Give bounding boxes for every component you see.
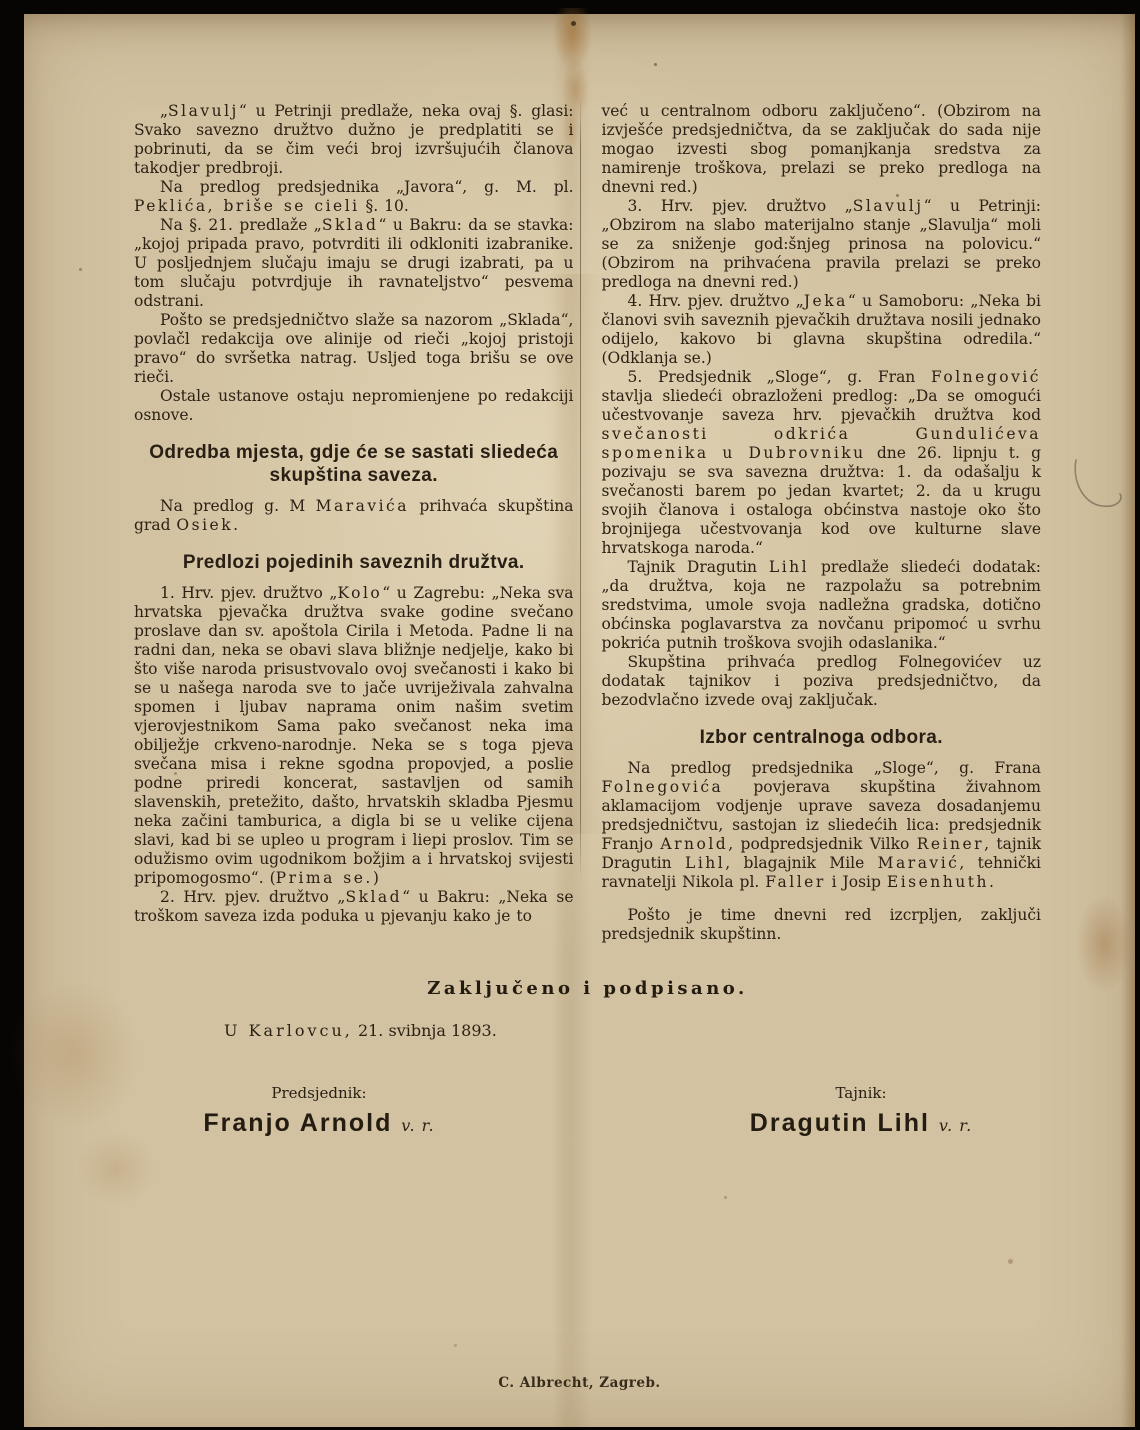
signature-name-text: Franjo Arnold bbox=[203, 1109, 392, 1137]
paragraph: Skupština prihvaća predlog Folnegovićev … bbox=[602, 653, 1042, 710]
dateline: U Karlovcu, 21. svibnja 1893. bbox=[224, 1021, 1041, 1040]
paragraph: Na §. 21. predlaže „Sklad“ u Bakru: da s… bbox=[134, 216, 574, 311]
signature-secretary: Tajnik: Dragutin Lihl v. r. bbox=[736, 1084, 986, 1138]
paper-sheet: „Slavulj“ u Petrinji predlaže, neka ovaj… bbox=[24, 14, 1135, 1427]
paragraph: Ostale ustanove ostaju nepromienjene po … bbox=[134, 387, 574, 425]
printer-imprint: C. Albrecht, Zagreb. bbox=[24, 1375, 1135, 1391]
document-content: „Slavulj“ u Petrinji predlaže, neka ovaj… bbox=[24, 14, 1135, 1138]
signature-vr: v. r. bbox=[401, 1116, 434, 1135]
signature-vr: v. r. bbox=[939, 1116, 972, 1135]
section-heading: Izbor centralnoga odbora. bbox=[602, 726, 1042, 749]
paragraph: Pošto je time dnevni red izcrpljen, zakl… bbox=[602, 906, 1042, 944]
signature-president: Predsjednik: Franjo Arnold v. r. bbox=[194, 1084, 444, 1138]
paragraph: 5. Predsjednik „Sloge“, g. Fran Folnegov… bbox=[602, 368, 1042, 558]
paragraph: 3. Hrv. pjev. družtvo „Slavulj“ u Petrin… bbox=[602, 197, 1042, 292]
signature-name: Franjo Arnold v. r. bbox=[194, 1109, 444, 1138]
paragraph: 4. Hrv. pjev. družtvo „Jeka“ u Samoboru:… bbox=[602, 292, 1042, 368]
stain bbox=[76, 1132, 156, 1206]
paragraph: već u centralnom odboru zaključeno“. (Ob… bbox=[602, 102, 1042, 197]
left-column: „Slavulj“ u Petrinji predlaže, neka ovaj… bbox=[134, 102, 574, 926]
section-heading: Predlozi pojedinih saveznih družtva. bbox=[134, 551, 574, 574]
scanned-document-page: { "colors": { "paper": "#d2c2a1", "ink":… bbox=[0, 0, 1140, 1430]
signature-row: Predsjednik: Franjo Arnold v. r. Tajnik:… bbox=[134, 1084, 1041, 1138]
section-heading: Odredba mjesta, gdje će se sastati slie­… bbox=[134, 441, 574, 487]
dateline-place: U Karlovcu, bbox=[224, 1021, 353, 1040]
paragraph: Na predlog predsjednika „Sloge“, g. Fran… bbox=[602, 759, 1042, 892]
paragraph: „Slavulj“ u Petrinji predlaže, neka ovaj… bbox=[134, 102, 574, 178]
paragraph: Pošto se predsjedničtvo slaže sa nazorom… bbox=[134, 311, 574, 387]
two-column-text: „Slavulj“ u Petrinji predlaže, neka ovaj… bbox=[134, 102, 1041, 944]
signature-role: Predsjednik: bbox=[194, 1084, 444, 1102]
paragraph: Na predlog g. M Maravića prihvaća skupšt… bbox=[134, 497, 574, 535]
signature-name-text: Dragutin Lihl bbox=[750, 1109, 930, 1137]
signature-role: Tajnik: bbox=[736, 1084, 986, 1102]
paragraph: Na predlog predsjednika „Javora“, g. M. … bbox=[134, 178, 574, 216]
paragraph: 1. Hrv. pjev. družtvo „Kolo“ u Zagrebu: … bbox=[134, 584, 574, 888]
dateline-date: 21. svibnja 1893. bbox=[353, 1021, 497, 1040]
paragraph: Tajnik Dragutin Lihl predlaže sliedeći d… bbox=[602, 558, 1042, 653]
right-column: već u centralnom odboru zaključeno“. (Ob… bbox=[602, 102, 1042, 944]
paragraph: 2. Hrv. pjev. družtvo „Sklad“ u Bakru: „… bbox=[134, 888, 574, 926]
signature-name: Dragutin Lihl v. r. bbox=[736, 1109, 986, 1138]
closing-line: Zaključeno i podpisano. bbox=[134, 978, 1041, 999]
